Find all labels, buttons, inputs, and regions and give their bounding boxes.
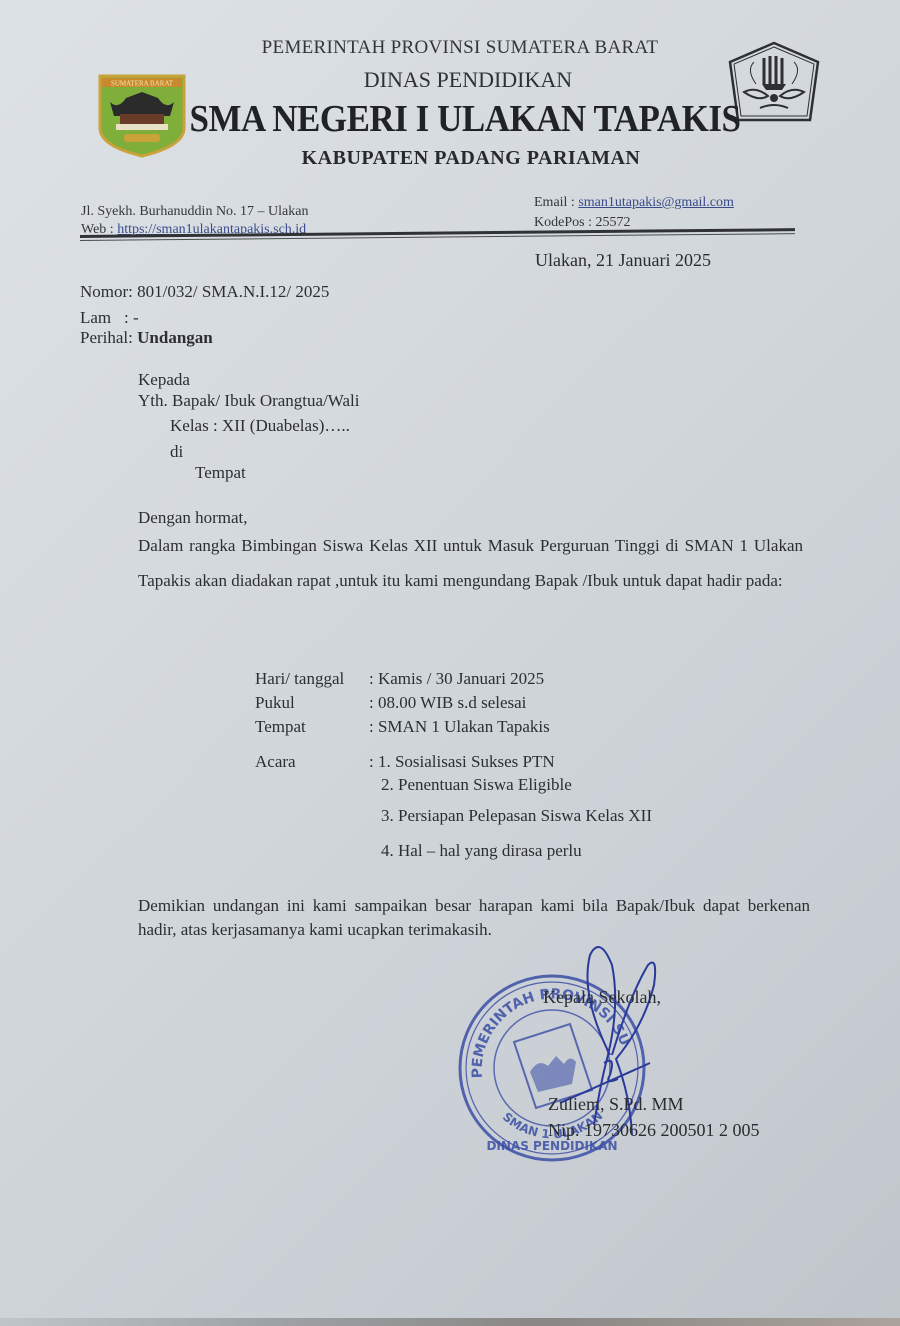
signatory-name: Zuliem, S.Pd. MM	[548, 1094, 684, 1115]
meta-perihal: Perihal: Undangan	[80, 328, 213, 348]
detail-label-time: Pukul	[255, 693, 295, 713]
nomor-label: Nomor	[80, 282, 128, 301]
greeting: Dengan hormat,	[138, 508, 248, 528]
agenda-item: 4. Hal – hal yang dirasa perlu	[381, 841, 582, 861]
letterhead-postal-code: KodePos : 25572	[534, 215, 630, 231]
perihal-label: Perihal	[80, 328, 128, 347]
perihal-value: Undangan	[137, 328, 213, 347]
letterhead-government: PEMERINTAH PROVINSI SUMATERA BARAT	[0, 37, 900, 59]
recipient-kepada: Kepada	[138, 370, 190, 390]
recipient-yth: Yth. Bapak/ Ibuk Orangtua/Wali	[138, 391, 359, 411]
letter-date: Ulakan, 21 Januari 2025	[535, 250, 711, 271]
letterhead-regency: KABUPATEN PADANG PARIAMAN	[0, 147, 900, 170]
meta-lampiran: Lam: -	[80, 308, 139, 328]
perihal-sep: :	[128, 328, 137, 347]
email-label: Email :	[534, 195, 578, 210]
detail-value-date: : Kamis / 30 Januari 2025	[369, 669, 544, 689]
detail-label-place: Tempat	[255, 717, 306, 737]
recipient-kelas: Kelas : XII (Duabelas)…..	[170, 416, 350, 436]
lam-value: : -	[124, 308, 139, 327]
signatory-title: Kepala Sekolah,	[543, 987, 661, 1008]
detail-value-place: : SMAN 1 Ulakan Tapakis	[369, 717, 550, 737]
meta-nomor: Nomor: 801/032/ SMA.N.I.12/ 2025	[80, 282, 329, 302]
detail-value-time: : 08.00 WIB s.d selesai	[369, 693, 526, 713]
signatory-nip: Nip. 19730626 200501 2 005	[548, 1120, 760, 1141]
agenda-item: 3. Persiapan Pelepasan Siswa Kelas XII	[381, 806, 652, 826]
body-paragraph: Dalam rangka Bimbingan Siswa Kelas XII u…	[138, 528, 803, 598]
nomor-value: : 801/032/ SMA.N.I.12/ 2025	[128, 282, 329, 301]
detail-label-date: Hari/ tanggal	[255, 669, 344, 689]
letterhead-school-name: SMA NEGERI I ULAKAN TAPAKIS	[37, 97, 893, 141]
recipient-di: di	[170, 442, 183, 462]
lam-label: Lam	[80, 308, 124, 328]
letterhead-department: DINAS PENDIDIKAN	[0, 67, 900, 93]
letter-page: SUMATERA BARAT PEMERINTAH PROVINSI SUMAT…	[0, 0, 900, 1326]
detail-label-agenda: Acara	[255, 752, 296, 772]
recipient-tempat: Tempat	[195, 463, 246, 483]
paper-bottom-edge	[0, 1318, 900, 1326]
letterhead-email: Email : sman1utapakis@gmail.com	[534, 195, 734, 211]
letterhead-address: Jl. Syekh. Burhanuddin No. 17 – Ulakan	[81, 204, 308, 220]
email-link[interactable]: sman1utapakis@gmail.com	[578, 195, 734, 210]
detail-value-agenda-1: : 1. Sosialisasi Sukses PTN	[369, 752, 555, 772]
closing-paragraph: Demikian undangan ini kami sampaikan bes…	[138, 894, 810, 942]
agenda-item: 2. Penentuan Siswa Eligible	[381, 775, 572, 795]
